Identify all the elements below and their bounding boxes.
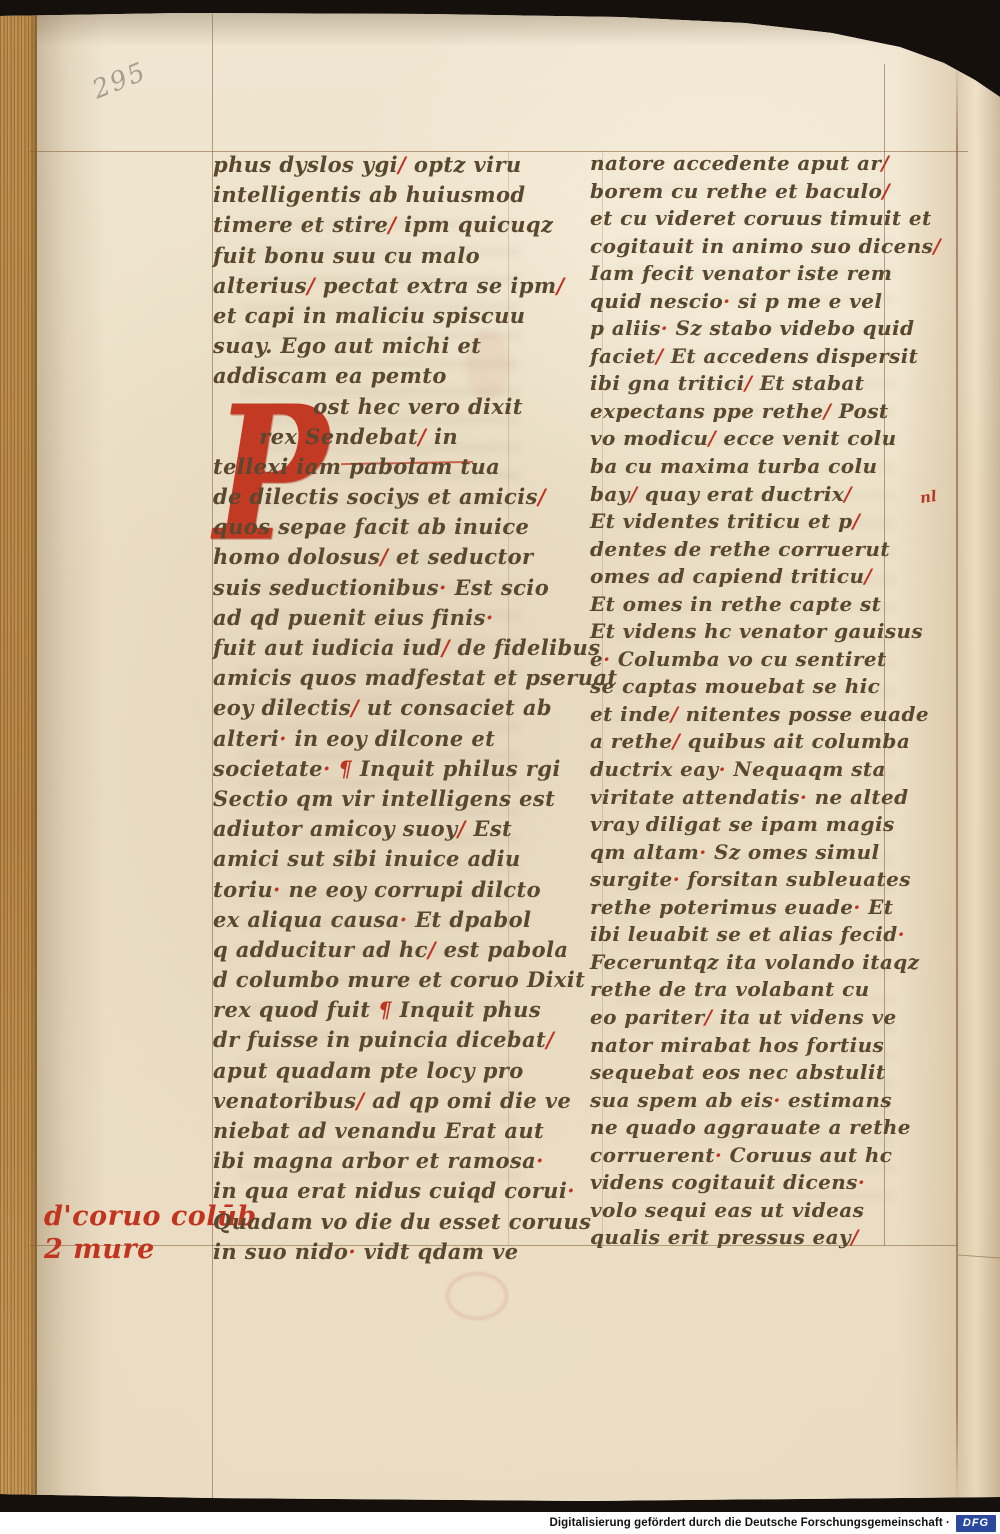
text-line-left: dr fuisse in puincia dicebat/ xyxy=(213,1025,547,1055)
text-line-right: bay/ quay erat ductrix/ xyxy=(590,481,922,509)
text-line-right: videns cogitauit dicens· xyxy=(590,1169,922,1197)
text-line-left: ad qd puenit eius finis· xyxy=(213,603,547,633)
text-line-right: qualis erit pressus eay/ xyxy=(590,1224,922,1252)
text-line-left: rex quod fuit ¶ Inquit phus xyxy=(213,995,547,1025)
text-line-right: ibi leuabit se et alias fecid· xyxy=(590,921,922,949)
text-line-left: d columbo mure et coruo Dixit xyxy=(213,965,547,995)
text-line-right: Feceruntqz ita volando itaqz xyxy=(590,949,922,977)
text-line-left: fuit bonu suu cu malo xyxy=(213,241,547,271)
text-line-left: niebat ad venandu Erat aut xyxy=(213,1116,547,1146)
text-column-left: phus dyslos ygi/ optz viruintelligentis … xyxy=(213,150,547,1267)
text-line-right: volo sequi eas ut videas xyxy=(590,1197,922,1225)
text-line-left: ex aliqua causa· Et dpabol xyxy=(213,905,547,935)
text-line-right: qm altam· Sz omes simul xyxy=(590,839,922,867)
text-line-right: Et videntes triticu et p/ xyxy=(590,508,922,536)
text-line-left: tellexi iam pabolam tua xyxy=(213,452,547,482)
text-line-right: dentes de rethe corruerut xyxy=(590,536,922,564)
text-line-left: q adducitur ad hc/ est pabola xyxy=(213,935,547,965)
text-line-right: corruerent· Coruus aut hc xyxy=(590,1142,922,1170)
text-line-right: vo modicu/ ecce venit colu xyxy=(590,425,922,453)
text-line-left: toriu· ne eoy corrupi dilcto xyxy=(213,875,547,905)
text-line-left: amici sut sibi inuice adiu xyxy=(213,844,547,874)
top-edge-shadow xyxy=(0,0,1000,46)
text-line-left: timere et stire/ ipm quicuqz xyxy=(213,210,547,240)
text-line-left: adiutor amicoy suoy/ Est xyxy=(213,814,547,844)
gutter-shadow xyxy=(36,12,106,1500)
text-line-left: in qua erat nidus cuiqd corui· xyxy=(213,1176,547,1206)
text-line-left: venatoribus/ ad qp omi die ve xyxy=(213,1086,547,1116)
page-fore-edge xyxy=(956,20,1000,1498)
text-line-right: borem cu rethe et baculo/ xyxy=(590,178,922,206)
text-line-right: quid nescio· si p me e vel xyxy=(590,288,922,316)
text-line-left: phus dyslos ygi/ optz viru xyxy=(213,150,547,180)
text-line-right: eo pariter/ ita ut videns ve xyxy=(590,1004,922,1032)
text-line-left: ibi magna arbor et ramosa· xyxy=(213,1146,547,1176)
text-line-left: alteri· in eoy dilcone et xyxy=(213,724,547,754)
text-line-left: eoy dilectis/ ut consaciet ab xyxy=(213,693,547,723)
text-line-left: aput quadam pte locy pro xyxy=(213,1056,547,1086)
text-line-left: rex Sendebat/ in xyxy=(213,422,547,452)
text-line-left: Quadam vo die du esset coruus xyxy=(213,1207,547,1237)
text-line-right: nator mirabat hos fortius xyxy=(590,1032,922,1060)
red-transfer-smudge xyxy=(446,1272,508,1320)
text-column-right: natore accedente aput ar/borem cu rethe … xyxy=(590,150,922,1252)
dfg-logo: DFG xyxy=(956,1515,996,1532)
text-line-right: e· Columba vo cu sentiret xyxy=(590,646,922,674)
digitization-footer-bar: Digitalisierung gefördert durch die Deut… xyxy=(0,1512,1000,1534)
text-line-right: cogitauit in animo suo dicens/ xyxy=(590,233,922,261)
text-line-left: et capi in maliciu spiscuu xyxy=(213,301,547,331)
text-line-right: ibi gna tritici/ Et stabat xyxy=(590,370,922,398)
parchment-page: 295 nl d'coruo colūb 2 mure P phus dyslo… xyxy=(0,0,1000,1502)
text-line-right: omes ad capiend triticu/ xyxy=(590,563,922,591)
text-line-left: de dilectis sociys et amicis/ xyxy=(213,482,547,512)
text-line-left: fuit aut iudicia iud/ de fidelibus xyxy=(213,633,547,663)
text-line-right: surgite· forsitan subleuates xyxy=(590,866,922,894)
text-line-right: p aliis· Sz stabo videbo quid xyxy=(590,315,922,343)
text-line-left: amicis quos madfestat et pseruat xyxy=(213,663,547,693)
text-line-left: alterius/ pectat extra se ipm/ xyxy=(213,271,547,301)
text-line-left: homo dolosus/ et seductor xyxy=(213,542,547,572)
text-line-left: quos sepae facit ab inuice xyxy=(213,512,547,542)
text-line-right: et inde/ nitentes posse euade xyxy=(590,701,922,729)
text-line-left: intelligentis ab huiusmod xyxy=(213,180,547,210)
book-gutter-page-edges xyxy=(0,12,37,1500)
text-line-right: faciet/ Et accedens dispersit xyxy=(590,343,922,371)
text-line-left: addiscam ea pemto xyxy=(213,361,547,391)
text-line-left: suis seductionibus· Est scio xyxy=(213,573,547,603)
manuscript-scan: 295 nl d'coruo colūb 2 mure P phus dyslo… xyxy=(0,0,1000,1534)
text-line-right: ba cu maxima turba colu xyxy=(590,453,922,481)
text-line-right: rethe poterimus euade· Et xyxy=(590,894,922,922)
text-line-right: sua spem ab eis· estimans xyxy=(590,1087,922,1115)
text-line-right: natore accedente aput ar/ xyxy=(590,150,922,178)
text-line-right: sequebat eos nec abstulit xyxy=(590,1059,922,1087)
text-line-right: viritate attendatis· ne alted xyxy=(590,784,922,812)
text-line-left: suay. Ego aut michi et xyxy=(213,331,547,361)
text-line-right: Et omes in rethe capte st xyxy=(590,591,922,619)
text-line-right: Iam fecit venator iste rem xyxy=(590,260,922,288)
text-line-right: vray diligat se ipam magis xyxy=(590,811,922,839)
text-line-right: a rethe/ quibus ait columba xyxy=(590,728,922,756)
text-line-right: rethe de tra volabant cu xyxy=(590,976,922,1004)
text-line-right: et cu videret coruus timuit et xyxy=(590,205,922,233)
text-line-left: societate· ¶ Inquit philus rgi xyxy=(213,754,547,784)
text-line-right: expectans ppe rethe/ Post xyxy=(590,398,922,426)
text-line-left: Sectio qm vir intelligens est xyxy=(213,784,547,814)
text-line-right: ne quado aggrauate a rethe xyxy=(590,1114,922,1142)
text-line-left: ost hec vero dixit xyxy=(213,392,547,422)
footer-credit-text: Digitalisierung gefördert durch die Deut… xyxy=(549,1517,950,1529)
text-line-left: in suo nido· vidt qdam ve xyxy=(213,1237,547,1267)
text-line-right: ductrix eay· Nequaqm sta xyxy=(590,756,922,784)
text-line-right: Et videns hc venator gauisus xyxy=(590,618,922,646)
text-line-right: se captas mouebat se hic xyxy=(590,673,922,701)
